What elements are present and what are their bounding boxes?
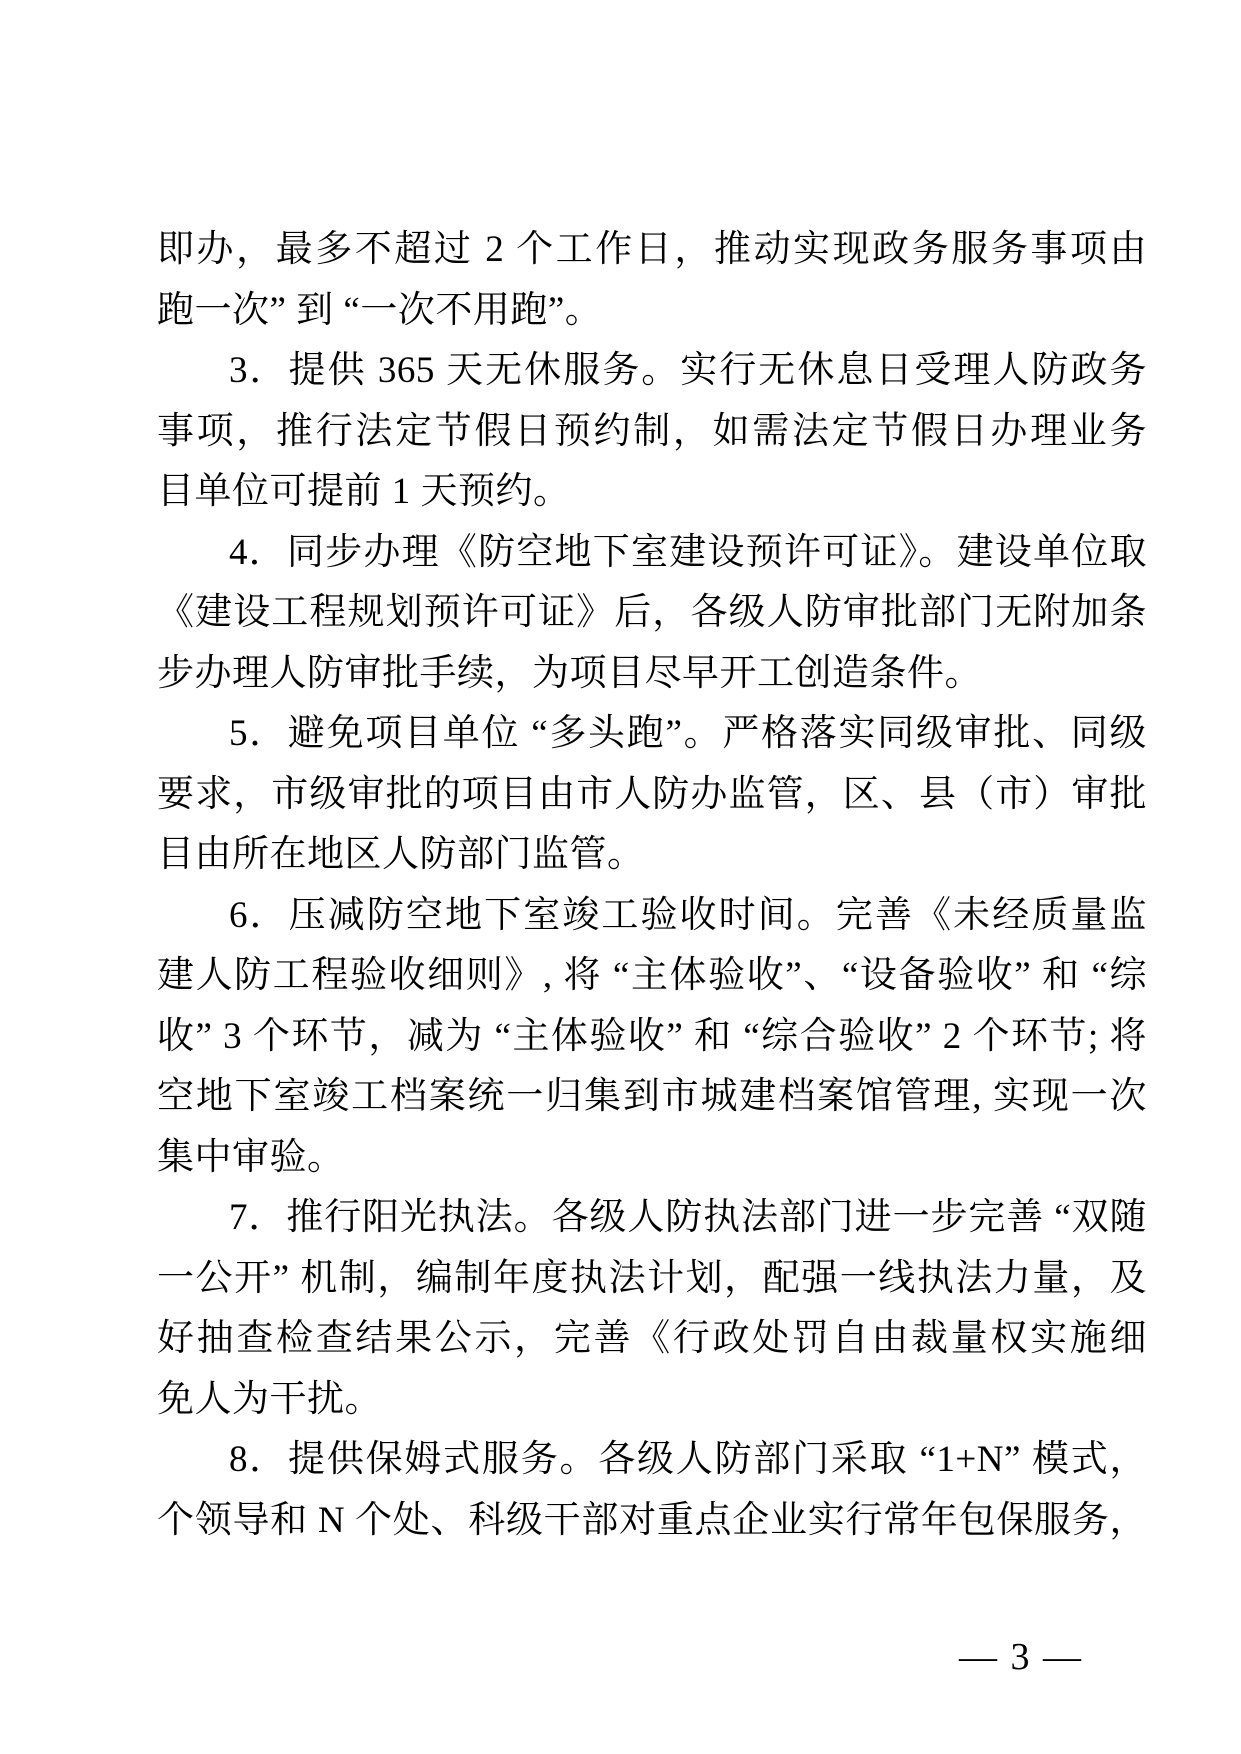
text-line: 事项，推行法定节假日预约制，如需法定节假日办理业务的，项: [157, 402, 1147, 463]
text-line: 6．压减防空地下室竣工验收时间。完善《未经质量监督结: [157, 886, 1147, 947]
text-line: 7．推行阳光执法。各级人防执法部门进一步完善 “双随机、: [157, 1188, 1147, 1249]
text-line: 好抽查检查结果公示，完善《行政处罚自由裁量权实施细则》, 避: [157, 1309, 1147, 1370]
text-line: 集中审验。: [157, 1128, 1147, 1189]
text-line: 空地下室竣工档案统一归集到市城建档案馆管理, 实现一次报送、: [157, 1067, 1147, 1128]
text-line: 建人防工程验收细则》, 将 “主体验收”、“设备验收” 和 “综合验: [157, 946, 1147, 1007]
text-line: 目单位可提前 1 天预约。: [157, 462, 1147, 523]
text-line: 步办理人防审批手续，为项目尽早开工创造条件。: [157, 644, 1147, 705]
text-line: 4．同步办理《防空地下室建设预许可证》。建设单位取得: [157, 523, 1147, 584]
text-line: 3．提供 365 天无休服务。实行无休息日受理人防政务服务: [157, 341, 1147, 402]
text-line: 目由所在地区人防部门监管。: [157, 825, 1147, 886]
page-number: — 3 —: [959, 1634, 1083, 1680]
document-body: 即办，最多不超过 2 个工作日，推动实现政务服务事项由 “最多跑一次” 到 “一…: [157, 220, 1147, 1551]
text-line: 一公开” 机制，编制年度执法计划，配强一线执法力量，及时做: [157, 1249, 1147, 1310]
text-line: 5．避免项目单位 “多头跑”。严格落实同级审批、同级监管: [157, 704, 1147, 765]
text-line: 免人为干扰。: [157, 1370, 1147, 1431]
text-line: 即办，最多不超过 2 个工作日，推动实现政务服务事项由 “最多: [157, 220, 1147, 281]
document-page: 即办，最多不超过 2 个工作日，推动实现政务服务事项由 “最多跑一次” 到 “一…: [0, 0, 1241, 1754]
text-line: 个领导和 N 个处、科级干部对重点企业实行常年包保服务，深入: [157, 1491, 1147, 1552]
text-line: 收” 3 个环节，减为 “主体验收” 和 “综合验收” 2 个环节; 将防: [157, 1007, 1147, 1068]
text-line: 跑一次” 到 “一次不用跑”。: [157, 281, 1147, 342]
text-line: 《建设工程规划预许可证》后，各级人防审批部门无附加条件同: [157, 583, 1147, 644]
text-line: 要求，市级审批的项目由市人防办监管，区、县（市）审批的项: [157, 765, 1147, 826]
text-line: 8．提供保姆式服务。各级人防部门采取 “1+N” 模式，由 1: [157, 1430, 1147, 1491]
